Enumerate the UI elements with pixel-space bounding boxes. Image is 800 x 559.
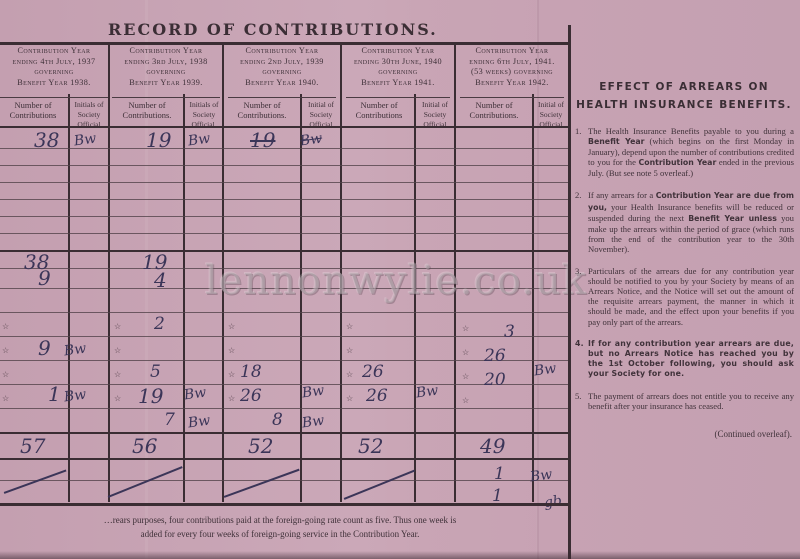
note-bold: Contribution Year <box>638 158 716 167</box>
handwritten-initials: Bw <box>415 383 439 402</box>
star-icon: ☆ <box>228 322 235 331</box>
subheader-number: Number of Contributions <box>344 100 414 120</box>
star-icon: ☆ <box>2 322 9 331</box>
header-rule <box>112 97 220 98</box>
row-rule <box>0 360 568 361</box>
handwritten-initials: Bw <box>183 385 207 404</box>
note-5: 5. The payment of arrears does not entit… <box>574 391 794 411</box>
header-line: Contribution Year <box>456 46 568 57</box>
handwritten-count: 1 <box>48 384 61 404</box>
header-line: ending 6th July, 1941. <box>456 57 568 68</box>
header-line: Benefit Year 1938. <box>0 78 108 89</box>
row-rule <box>0 312 568 313</box>
bottom-rule <box>0 503 568 506</box>
footnote-line: …rears purposes, four contributions paid… <box>0 513 560 527</box>
handwritten-count: 26 <box>484 346 506 366</box>
note-1: 1. The Health Insurance Benefits payable… <box>574 126 794 178</box>
star-icon: ☆ <box>346 322 353 331</box>
subheader-number: Number of Contributions <box>0 100 66 120</box>
header-line: Contribution Year <box>0 46 108 57</box>
handwritten-count: 20 <box>484 370 506 390</box>
row-rule <box>0 233 568 234</box>
row-rule <box>0 148 568 149</box>
header-line: governing <box>0 67 108 78</box>
handwritten-initials: gb <box>543 493 563 511</box>
header-line: Contribution Year <box>342 46 454 57</box>
handwritten-total: 56 <box>132 436 157 456</box>
star-icon: ☆ <box>114 394 121 403</box>
header-line: ending 3rd July, 1938 <box>110 57 222 68</box>
header-line: Benefit Year 1940. <box>224 78 340 89</box>
column-header: Contribution Year ending 3rd July, 1938 … <box>110 46 222 96</box>
star-icon: ☆ <box>228 394 235 403</box>
handwritten-count: 5 <box>150 362 161 382</box>
row-rule <box>0 336 568 337</box>
continued-overleaf: (Continued overleaf). <box>574 429 794 439</box>
note-text: The payment of arrears does not entitle … <box>588 391 794 411</box>
panel-title: EFFECT OF ARREARS ON HEALTH INSURANCE BE… <box>574 78 794 114</box>
row-rule <box>0 250 568 252</box>
handwritten-count: 26 <box>362 362 384 382</box>
handwritten-total: 49 <box>480 436 505 456</box>
row-rule <box>0 458 568 460</box>
star-icon: ☆ <box>462 396 469 405</box>
handwritten-initials: Bw <box>63 387 87 406</box>
note-2: 2. If any arrears for a Contribution Yea… <box>574 190 794 254</box>
panel-title-line: EFFECT OF ARREARS ON <box>574 78 794 96</box>
column-header: Contribution Year ending 2nd July, 1939 … <box>224 46 340 96</box>
handwritten-count: 7 <box>164 410 175 430</box>
handwritten-initials: Bw <box>533 361 557 380</box>
handwritten-total: 57 <box>20 436 45 456</box>
note-text: Particulars of the arrears due for any c… <box>588 266 794 326</box>
handwritten-count: 4 <box>154 270 167 290</box>
handwritten-count: 19 <box>146 130 171 150</box>
header-line: ending 30th June, 1940 <box>342 57 454 68</box>
handwritten-count: 3 <box>504 322 515 342</box>
star-icon: ☆ <box>346 346 353 355</box>
note-number: 4. <box>575 339 584 349</box>
panel-title-line: HEALTH INSURANCE BENEFITS. <box>574 96 794 114</box>
watermark: lennonwylie.co.uk <box>205 258 587 304</box>
handwritten-total: 52 <box>358 436 383 456</box>
handwritten-count: 9 <box>38 338 51 358</box>
handwritten-initials: Bw <box>529 467 553 486</box>
star-icon: ☆ <box>462 348 469 357</box>
header-rule <box>0 97 108 98</box>
subheader-number: Number of Contributions. <box>458 100 530 120</box>
handwritten-initials: Bw <box>301 413 325 432</box>
handwritten-count: 38 <box>34 130 59 150</box>
header-rule <box>346 97 450 98</box>
header-line: Benefit Year 1939. <box>110 78 222 89</box>
handwritten-count: 18 <box>240 362 262 382</box>
star-icon: ☆ <box>346 394 353 403</box>
handwritten-initials: Bw <box>301 383 325 402</box>
note-number: 2. <box>575 190 581 200</box>
handwritten-count-struck: 19 <box>250 130 275 150</box>
header-line: ending 4th July, 1937 <box>0 57 108 68</box>
star-icon: ☆ <box>462 372 469 381</box>
star-icon: ☆ <box>2 370 9 379</box>
star-icon: ☆ <box>346 370 353 379</box>
star-icon: ☆ <box>2 346 9 355</box>
row-rule <box>0 480 568 481</box>
header-rule <box>460 97 564 98</box>
note-3: 3. Particulars of the arrears due for an… <box>574 266 794 327</box>
star-icon: ☆ <box>114 370 121 379</box>
handwritten-count: 26 <box>240 386 262 406</box>
header-line: (53 weeks) governing <box>456 67 568 78</box>
row-rule <box>0 199 568 200</box>
star-icon: ☆ <box>462 324 469 333</box>
note-number: 3. <box>575 266 581 276</box>
header-line: governing <box>110 67 222 78</box>
column-header: Contribution Year ending 30th June, 1940… <box>342 46 454 96</box>
note-number: 1. <box>575 126 581 136</box>
header-line: ending 2nd July, 1939 <box>224 57 340 68</box>
handwritten-initials: Bw <box>73 131 97 150</box>
handwritten-initials: Bw <box>187 131 211 150</box>
header-rule <box>228 97 336 98</box>
star-icon: ☆ <box>228 370 235 379</box>
note-text: If for any contribution year arrears are… <box>588 339 794 378</box>
handwritten-initials: Bw <box>299 131 323 150</box>
handwritten-count: 2 <box>154 314 165 334</box>
handwritten-count: 8 <box>272 410 283 430</box>
arrears-panel: EFFECT OF ARREARS ON HEALTH INSURANCE BE… <box>574 60 794 439</box>
header-line: governing <box>342 67 454 78</box>
row-rule <box>0 165 568 166</box>
handwritten-total: 52 <box>248 436 273 456</box>
note-bold: Benefit Year <box>588 137 644 146</box>
subheader-number: Number of Contributions. <box>226 100 298 120</box>
note-number: 5. <box>575 391 581 401</box>
handwritten-count: 26 <box>366 386 388 406</box>
row-rule <box>0 126 568 128</box>
star-icon: ☆ <box>114 322 121 331</box>
header-line: Contribution Year <box>224 46 340 57</box>
row-rule <box>0 216 568 217</box>
handwritten-initials: Bw <box>187 413 211 432</box>
row-rule <box>0 182 568 183</box>
document-page: RECORD OF CONTRIBUTIONS. Contribution Ye… <box>0 0 800 559</box>
page-edge-shadow <box>0 551 800 559</box>
footnote-line: added for every four weeks of foreign-go… <box>0 527 560 541</box>
row-rule <box>0 384 568 385</box>
header-line: Contribution Year <box>110 46 222 57</box>
panel-divider <box>568 25 571 559</box>
page-title: RECORD OF CONTRIBUTIONS. <box>108 20 438 39</box>
note-bold: Benefit Year unless <box>688 214 777 223</box>
header-line: Benefit Year 1942. <box>456 78 568 89</box>
subheader-number: Number of Contributions. <box>112 100 182 120</box>
footnote: …rears purposes, four contributions paid… <box>0 513 560 541</box>
handwritten-initials: Bw <box>63 341 87 360</box>
header-line: governing <box>224 67 340 78</box>
handwritten-count: 1 <box>494 464 505 484</box>
handwritten-count: 19 <box>138 386 163 406</box>
header-line: Benefit Year 1941. <box>342 78 454 89</box>
star-icon: ☆ <box>228 346 235 355</box>
row-rule <box>0 408 568 409</box>
star-icon: ☆ <box>114 346 121 355</box>
column-header: Contribution Year ending 6th July, 1941.… <box>456 46 568 96</box>
note-text: If any arrears for a <box>588 190 656 200</box>
column-header: Contribution Year ending 4th July, 1937 … <box>0 46 108 96</box>
note-text: The Health Insurance Benefits payable to… <box>588 126 794 136</box>
star-icon: ☆ <box>2 394 9 403</box>
note-4: 4. If for any contribution year arrears … <box>574 339 794 379</box>
handwritten-count: 9 <box>38 268 51 288</box>
